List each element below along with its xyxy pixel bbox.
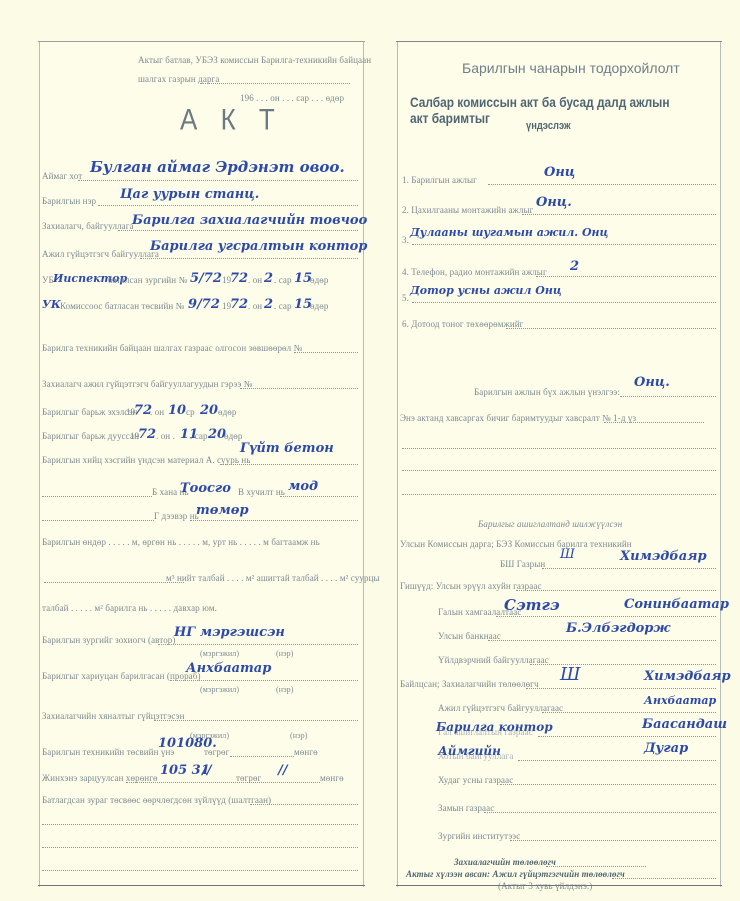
profession-caption: (мэргэжил) <box>200 648 239 660</box>
fill-line <box>240 388 358 389</box>
page-subtitle-line2: үндэслэж <box>526 120 571 132</box>
item-value-3[interactable]: Дулааны шугамын ажил. Онц <box>410 226 608 240</box>
month-label: . сар <box>274 274 292 286</box>
builder-value[interactable]: Анхбаатар <box>186 662 271 676</box>
month-label: ср <box>186 406 195 418</box>
day-label: өдөр <box>310 274 328 286</box>
act-form-page: Актыг батлав, УБЭЗ комиссын Барилга-техн… <box>39 42 364 887</box>
fill-line <box>604 422 704 423</box>
signature-line <box>546 866 646 867</box>
cost-unit-mongo: мөнгө <box>294 746 318 758</box>
acceptance-title: Барилгыг ашиглалтанд шилжүүлсэн <box>478 518 622 530</box>
fill-line <box>118 230 358 231</box>
spent-unit-mongo: мөнгө <box>320 772 344 784</box>
signature-line <box>542 712 716 713</box>
fill-line <box>412 244 716 245</box>
foundation-value[interactable]: Гүйт бетон <box>240 442 334 456</box>
month-label: . сар <box>190 430 208 442</box>
cost-label: Барилгын техникийн төсвийн үнэ <box>42 746 174 758</box>
fill-line <box>78 180 358 181</box>
sig-mark-bsh: Ш <box>560 548 575 562</box>
cost-unit-togrog: төгрөг <box>204 746 229 758</box>
month-label: . сар <box>274 300 292 312</box>
sig-label-bsh: БШ Газрын <box>500 558 545 570</box>
field-value-contractor[interactable]: Барилга угсралтын контор <box>150 240 367 254</box>
sig-value-fire-ops[interactable]: Баасандаш <box>642 718 727 732</box>
fill-line <box>402 470 716 471</box>
sig-value-city[interactable]: Дугар <box>644 742 688 756</box>
top-rule <box>396 41 722 43</box>
fill-line <box>402 448 716 449</box>
attachments-label: Энэ актанд хавсаргах бичиг баримтуудыг х… <box>400 412 636 424</box>
fill-line <box>42 496 152 497</box>
permit-label: Барилга техникийн байцаан шалгах газраас… <box>42 342 302 354</box>
sig-mark-fire: Сэтгэ <box>504 598 560 612</box>
sig-overwrite-city: Аймгийн <box>438 744 501 758</box>
fill-line <box>42 847 358 848</box>
uk-label: Комиссоос батласан төсвийн № <box>60 300 184 312</box>
sig-value-bsh[interactable]: Химэдбаяр <box>620 550 707 564</box>
bottom-rule <box>38 885 365 887</box>
signature-line <box>542 568 716 569</box>
page-title: А К Т <box>180 102 283 138</box>
author-value[interactable]: НГ мэргэшсэн <box>174 626 285 640</box>
ubz-number[interactable]: 5/72 <box>190 272 222 286</box>
signature-line <box>500 784 716 785</box>
fill-line <box>620 396 716 397</box>
fill-line <box>230 756 294 757</box>
field-value-aimag[interactable]: Булган аймаг Эрдэнэт овоо. <box>90 160 345 174</box>
signature-line <box>516 590 716 591</box>
fill-line <box>98 205 358 206</box>
sig-value-contractor[interactable]: Анхбаатар <box>644 694 716 708</box>
top-rule <box>38 41 365 43</box>
year-label: . он . <box>156 430 175 442</box>
uk-year[interactable]: 72 <box>230 298 248 312</box>
field-label-building-name: Барилгын нэр <box>42 195 96 207</box>
fill-line <box>522 214 716 215</box>
field-value-building-name[interactable]: Цаг уурын станц. <box>120 188 259 202</box>
item-value-1[interactable]: Онц <box>544 166 575 180</box>
fill-line <box>42 870 358 871</box>
signature-line <box>510 840 716 841</box>
fill-line <box>536 276 716 277</box>
commission-budget-row: УК Комиссоос батласан төсвийн № 9/72 19 … <box>42 298 342 314</box>
day-label: өдөр <box>310 300 328 312</box>
end-label: Барилгыг барьж дууссан <box>42 430 139 442</box>
fill-line <box>200 83 350 84</box>
signature-line <box>496 616 716 617</box>
signature-line <box>526 688 716 689</box>
fill-line <box>412 302 716 303</box>
fill-line <box>44 582 184 583</box>
dimensions-label: Барилгын өндөр . . . . . м, өргөн нь . .… <box>42 536 320 548</box>
fill-line <box>250 804 358 805</box>
start-month[interactable]: 10 <box>168 404 186 418</box>
fill-line <box>220 464 358 465</box>
item-value-4[interactable]: 2 <box>570 260 579 274</box>
ubz-year[interactable]: 72 <box>230 272 248 286</box>
ubz-label: баталсан зургийн № <box>108 274 187 286</box>
fill-line <box>280 496 358 497</box>
signature-line <box>518 760 716 761</box>
roofing-label: В хучилт нь <box>238 486 285 498</box>
ubz-approval-row: УБ Ииспектор баталсан зургийн № 5/72 19 … <box>42 272 342 288</box>
signature-line <box>488 640 716 641</box>
footer-received-by: Актыг хүлээн авсан: Ажил гүйцэтгэгчийн т… <box>406 868 625 880</box>
roof-value[interactable]: төмөр <box>196 504 249 518</box>
signature-line <box>538 736 716 737</box>
fill-line <box>402 494 716 495</box>
sig-label-chairman: Улсын Комиссын дарга; БЭЗ Комиссын барил… <box>400 538 632 550</box>
changes-label: Батлагдсан зураг төсвөөс өөрчлөгдсөн зүй… <box>42 794 271 806</box>
year-label: . он <box>150 406 164 418</box>
page-title: Барилгын чанарын тодорхойлолт <box>462 60 680 76</box>
footer-client-rep: Захиалагчийн төлөөлөгч <box>454 856 556 868</box>
signature-line <box>484 812 716 813</box>
fill-line <box>488 184 716 185</box>
year-label: . он <box>248 274 262 286</box>
uk-prefix: УК <box>42 298 61 312</box>
item-label-2: 2. Цахилгааны монтажийн ажлыг <box>402 204 533 216</box>
item-value-5[interactable]: Дотор усны ажил Онц <box>410 284 562 298</box>
year-label: . он <box>248 300 262 312</box>
fill-line <box>190 520 358 521</box>
sig-value-fire[interactable]: Сонинбаатар <box>624 598 729 612</box>
spent-mongo-mark: // <box>278 764 288 778</box>
item-label-4: 4. Телефон, радио монтажийн ажлыг <box>402 266 547 278</box>
fill-line <box>294 352 358 353</box>
item-label-3: 3. <box>402 234 409 246</box>
area2-label: талбай . . . . . м² барилга нь . . . . .… <box>42 602 217 614</box>
field-value-client[interactable]: Барилга захиалагчийн товчоо <box>132 214 367 228</box>
sig-value-client-rep[interactable]: Химэдбаяр <box>644 670 731 684</box>
start-day[interactable]: 20 <box>200 404 218 418</box>
name-caption: (нэр) <box>276 684 294 696</box>
item-label-1: 1. Барилгын ажлыг <box>402 174 477 186</box>
item-label-5: 5. <box>402 292 409 304</box>
author-label: Барилгын зургийг зохиогч (автор) <box>42 634 176 646</box>
uk-month[interactable]: 2 <box>264 298 273 312</box>
start-label: Барилгыг барьж эхэлсэн <box>42 406 137 418</box>
profession-caption: (мэргэжил) <box>200 684 239 696</box>
overall-label: Барилгын ажлын бүх ажлын үнэлгээ: <box>474 386 620 398</box>
day-label: өдөр <box>218 406 236 418</box>
signature-line <box>530 664 716 665</box>
fill-line <box>158 644 358 645</box>
sig-mark-client-rep: Ш <box>560 668 581 682</box>
item-value-2[interactable]: Онц. <box>536 196 572 210</box>
contract-label: Захиалагч ажил гүйцэтгэгч байгууллагууды… <box>42 378 252 390</box>
end-year[interactable]: 72 <box>138 428 156 442</box>
sig-value-bank[interactable]: Б.Элбэгдорж <box>566 622 670 636</box>
roofing-value[interactable]: мод <box>288 480 318 494</box>
bottom-rule <box>396 885 722 887</box>
quality-certificate-page: Барилгын чанарын тодорхойлолт Салбар ком… <box>397 42 721 887</box>
sig-overwrite-fire-ops: Барилга контор <box>436 720 553 734</box>
fill-line <box>126 782 320 783</box>
construction-start-row: Барилгыг барьж эхэлсэн 19 72 . он 10 ср … <box>42 404 342 420</box>
spent-value-mark: // <box>202 764 212 778</box>
overall-value[interactable]: Онц. <box>634 376 670 390</box>
name-caption: (нэр) <box>290 730 308 742</box>
fill-line <box>154 720 358 721</box>
fill-line <box>42 824 358 825</box>
area-label: м³ нийт талбай . . . . м² ашигтай талбай… <box>166 572 380 584</box>
name-caption: (нэр) <box>276 648 294 660</box>
uk-number[interactable]: 9/72 <box>188 298 220 312</box>
sig-label-client-rep: Байлцсан; Захиалагчийн төлөөлөгч <box>400 678 539 690</box>
field-label-aimag: Аймаг хот <box>42 170 82 182</box>
walls-value[interactable]: Тоосго <box>180 482 231 496</box>
fill-line <box>170 680 358 681</box>
fill-line <box>140 258 358 259</box>
approval-header-line1: Актыг батлав, УБЭЗ комиссын Барилга-техн… <box>138 54 371 66</box>
sig-label-design-institute: Зургийн институтээс <box>438 830 520 842</box>
ubz-month[interactable]: 2 <box>264 272 273 286</box>
fill-line <box>42 520 154 521</box>
signature-line <box>612 878 716 879</box>
fill-line <box>506 328 716 329</box>
